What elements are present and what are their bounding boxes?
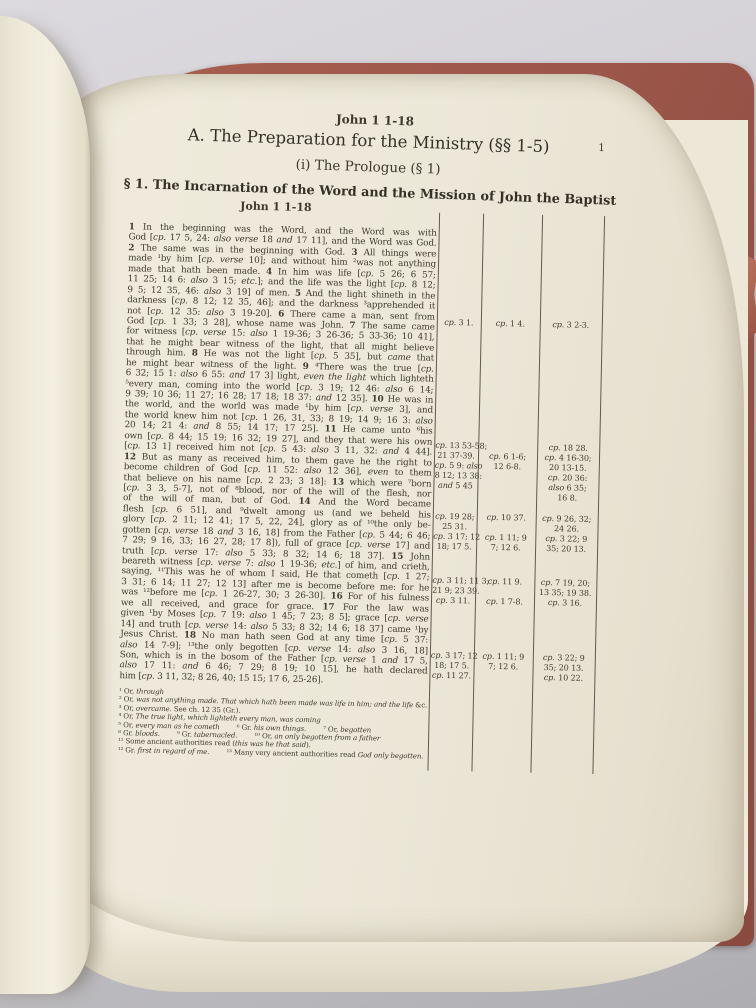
refcell: cp. 3 22; 935; 20 13.cp. 10 22. <box>533 653 594 684</box>
refcell: cp. 1 4. <box>482 319 539 330</box>
refcell: cp. 9 26, 32;24 26.cp. 3 22; 935; 20 13. <box>536 514 597 555</box>
page-content: John 1 1-18 1 A. The Preparation for the… <box>53 61 753 949</box>
refcell: cp. 1 11; 97; 12 6. <box>475 652 532 673</box>
refcell: cp. 3 17; 1218; 17 5.cp. 11 27. <box>430 651 473 682</box>
refcell: cp. 19 28;25 31.cp. 3 17; 1218; 17 5. <box>433 512 476 553</box>
refcell: cp. 13 53-58;21 37-39.cp. 5 9: also8 12;… <box>434 441 477 492</box>
gospel-text: 1 In the beginning was the Word, and the… <box>119 222 437 688</box>
refcell: cp. 7 19, 20;13 35; 19 38.cp. 3 16. <box>535 578 596 609</box>
refcell: cp. 11 9.cp. 1 7-8. <box>476 577 534 608</box>
refcell: cp. 18 28.cp. 4 16-30;20 13-15.cp. 20 36… <box>537 443 598 504</box>
column-rule <box>471 214 484 772</box>
refcell: cp. 3 2-3. <box>541 320 601 331</box>
refcell: cp. 3 11; 11 3;21 9; 23 39.cp. 3 11. <box>432 576 475 607</box>
footnotes: ¹ Or, through² Or, was not anything made… <box>118 687 453 761</box>
refcell: cp. 10 37.cp. 1 11; 97; 12 6. <box>477 513 535 554</box>
refcell: cp. 6 1-6;12 6-8. <box>479 442 537 473</box>
passage-heading: John 1 1-18 <box>240 200 360 216</box>
refcell: cp. 3 1. <box>438 318 480 329</box>
